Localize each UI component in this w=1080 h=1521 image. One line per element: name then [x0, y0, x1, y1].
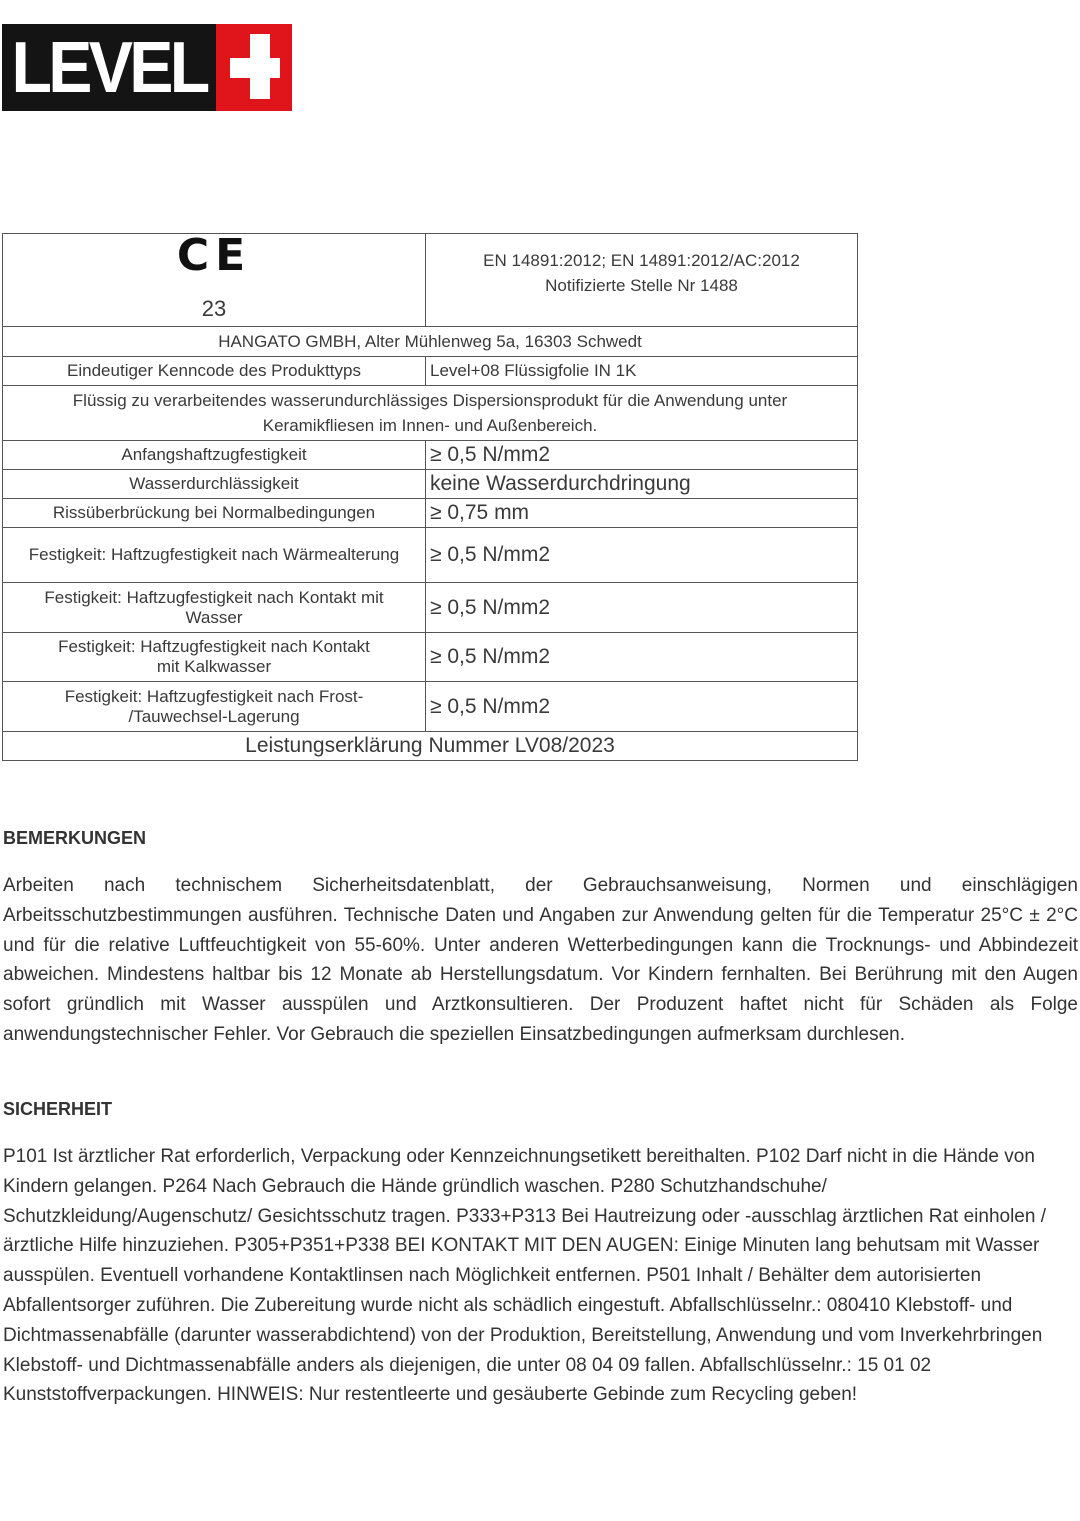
standard-reference: EN 14891:2012; EN 14891:2012/AC:2012: [430, 248, 853, 273]
remarks-heading: BEMERKUNGEN: [3, 828, 1078, 849]
standard-cell: EN 14891:2012; EN 14891:2012/AC:2012 Not…: [426, 234, 858, 327]
plus-icon: [216, 24, 292, 111]
property-label: Anfangshaftzugfestigkeit: [3, 441, 426, 470]
property-label: Festigkeit: Haftzugfestigkeit nach Konta…: [3, 633, 426, 682]
property-row: Festigkeit: Haftzugfestigkeit nach Konta…: [3, 633, 858, 682]
ce-cell: CE 23: [3, 234, 426, 327]
product-description: Flüssig zu verarbeitendes wasserundurchl…: [3, 386, 858, 441]
property-value: ≥ 0,5 N/mm2: [426, 583, 858, 633]
notified-body: Notifizierte Stelle Nr 1488: [430, 273, 853, 298]
declaration-number: Leistungserklärung Nummer LV08/2023: [3, 732, 858, 761]
property-label: Festigkeit: Haftzugfestigkeit nach Wärme…: [3, 528, 426, 583]
property-row: Wasserdurchlässigkeit keine Wasserdurchd…: [3, 470, 858, 499]
declaration-number-row: Leistungserklärung Nummer LV08/2023: [3, 732, 858, 761]
remarks-text: Arbeiten nach technischem Sicherheitsdat…: [3, 871, 1078, 1050]
ce-mark-icon: CE: [7, 234, 421, 278]
property-label: Festigkeit: Haftzugfestigkeit nach Konta…: [3, 583, 426, 633]
property-value: ≥ 0,5 N/mm2: [426, 633, 858, 682]
product-code-value: Level+08 Flüssigfolie IN 1K: [426, 357, 858, 386]
logo-wordmark: LEVEL: [2, 24, 216, 111]
property-label: Wasserdurchlässigkeit: [3, 470, 426, 499]
property-label: Festigkeit: Haftzugfestigkeit nach Frost…: [3, 682, 426, 732]
declaration-of-performance-table: CE 23 EN 14891:2012; EN 14891:2012/AC:20…: [2, 233, 858, 761]
product-code-label: Eindeutiger Kenncode des Produkttyps: [3, 357, 426, 386]
safety-heading: SICHERHEIT: [3, 1099, 1078, 1120]
property-value: ≥ 0,5 N/mm2: [426, 528, 858, 583]
property-row: Festigkeit: Haftzugfestigkeit nach Frost…: [3, 682, 858, 732]
property-row: Festigkeit: Haftzugfestigkeit nach Wärme…: [3, 528, 858, 583]
property-label: Rissüberbrückung bei Normalbedingungen: [3, 499, 426, 528]
ce-year: 23: [7, 296, 421, 322]
property-value: ≥ 0,5 N/mm2: [426, 682, 858, 732]
manufacturer-row: HANGATO GMBH, Alter Mühlenweg 5a, 16303 …: [3, 327, 858, 357]
property-row: Festigkeit: Haftzugfestigkeit nach Konta…: [3, 583, 858, 633]
logo-text: LEVEL: [11, 32, 206, 104]
property-row: Rissüberbrückung bei Normalbedingungen ≥…: [3, 499, 858, 528]
ce-row: CE 23 EN 14891:2012; EN 14891:2012/AC:20…: [3, 234, 858, 327]
property-value: keine Wasserdurchdringung: [426, 470, 858, 499]
safety-text: P101 Ist ärztlicher Rat erforderlich, Ve…: [3, 1142, 1078, 1410]
level-plus-logo: LEVEL: [2, 24, 292, 111]
property-value: ≥ 0,5 N/mm2: [426, 441, 858, 470]
description-row: Flüssig zu verarbeitendes wasserundurchl…: [3, 386, 858, 441]
manufacturer: HANGATO GMBH, Alter Mühlenweg 5a, 16303 …: [3, 327, 858, 357]
property-value: ≥ 0,75 mm: [426, 499, 858, 528]
product-code-row: Eindeutiger Kenncode des Produkttyps Lev…: [3, 357, 858, 386]
property-row: Anfangshaftzugfestigkeit ≥ 0,5 N/mm2: [3, 441, 858, 470]
